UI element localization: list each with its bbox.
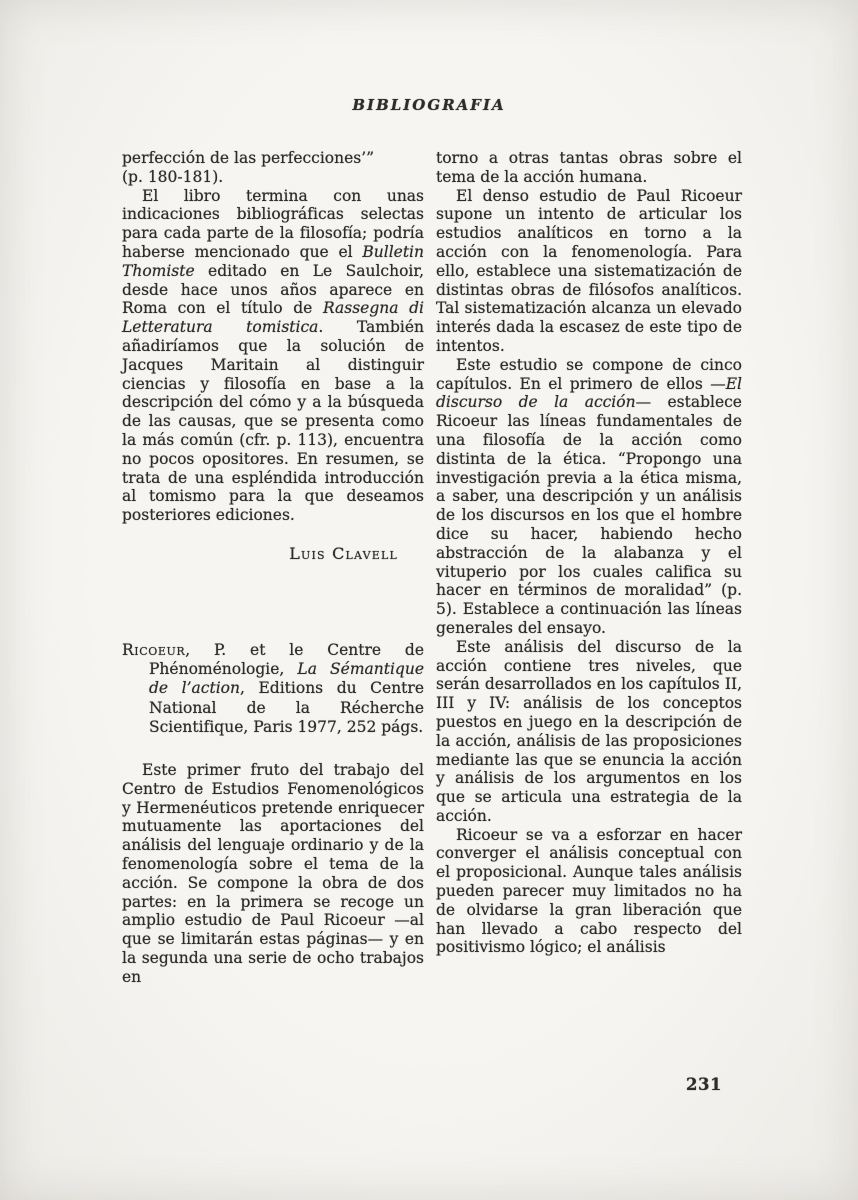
page-title: BIBLIOGRAFIA xyxy=(0,96,858,114)
text-run: El denso estudio de Paul Ricoeur supone … xyxy=(436,187,742,355)
paragraph: Ricoeur se va a esforzar en hacer conver… xyxy=(436,826,742,958)
text-run: Este estudio se compone de cinco capítul… xyxy=(436,356,742,393)
right-column: torno a otras tantas obras sobre el tema… xyxy=(436,149,742,957)
paragraph: perfección de las perfecciones’”(p. 180-… xyxy=(122,149,424,187)
text-run: torno a otras tantas obras sobre el tema… xyxy=(436,149,742,186)
paragraph: El denso estudio de Paul Ricoeur supone … xyxy=(436,187,742,356)
left-column: perfección de las perfecciones’”(p. 180-… xyxy=(122,149,424,987)
reference-entry: Ricoeur, P. et le Centre de Phénoménolog… xyxy=(122,641,424,737)
text-run: (p. 180-181). xyxy=(122,168,223,186)
text-run: . También añadiríamos que la solución de… xyxy=(122,318,424,524)
paragraph: Este estudio se compone de cinco capítul… xyxy=(436,356,742,638)
scanned-document-page: BIBLIOGRAFIA perfección de las perfeccio… xyxy=(0,0,858,1200)
text-run: — establece Ricoeur las líneas fundament… xyxy=(436,393,742,637)
text-run: Ricoeur se va a esforzar en hacer conver… xyxy=(436,826,742,957)
text-run: Ricoeur xyxy=(122,641,185,659)
paragraph: Este análisis del discurso de la acción … xyxy=(436,638,742,826)
author-signature: Luis Clavell xyxy=(122,544,398,563)
paragraph: Este primer fruto del trabajo del Centro… xyxy=(122,761,424,987)
text-run: perfección de las perfecciones’” xyxy=(122,149,374,167)
text-columns: perfección de las perfecciones’”(p. 180-… xyxy=(122,149,742,987)
paragraph: torno a otras tantas obras sobre el tema… xyxy=(436,149,742,187)
text-run: Este primer fruto del trabajo del Centro… xyxy=(122,761,424,986)
page-number: 231 xyxy=(686,1075,722,1094)
text-run: Este análisis del discurso de la acción … xyxy=(436,638,742,825)
paragraph: El libro termina con unas indicaciones b… xyxy=(122,187,424,525)
